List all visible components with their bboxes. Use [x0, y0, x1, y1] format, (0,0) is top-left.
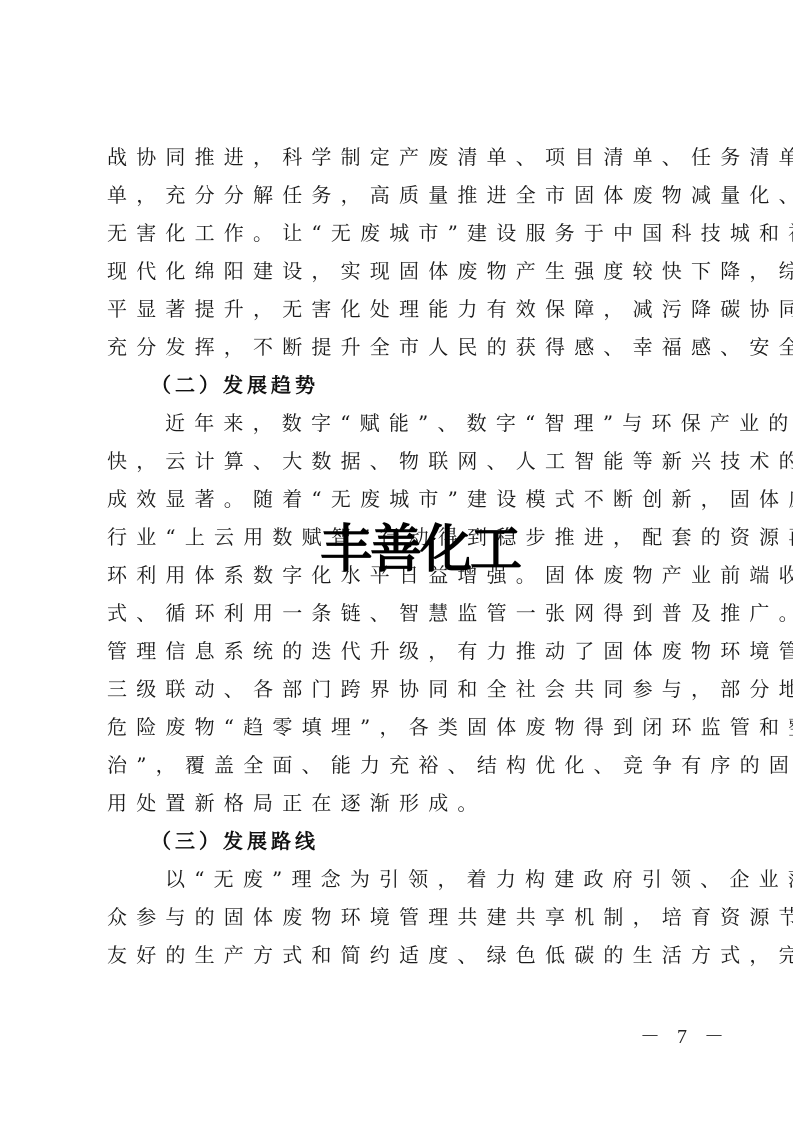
paragraph-2-line: 治”，覆盖全面、能力充裕、结构优化、竞争有序的固体废物利 — [107, 746, 695, 784]
paragraph-1-line: 现代化绵阳建设，实现固体废物产生强度较快下降，综合利用水 — [107, 252, 695, 290]
paragraph-1-line: 无害化工作。让“无废城市”建设服务于中国科技城和社会主义 — [107, 214, 695, 252]
paragraph-3-line: 众参与的固体废物环境管理共建共享机制，培育资源节约、环境 — [107, 898, 695, 936]
paragraph-2-line: 三级联动、各部门跨界协同和全社会共同参与，部分地区已实现 — [107, 670, 695, 708]
paragraph-2-line: 式、循环利用一条链、智慧监管一张网得到普及推广。固体废物 — [107, 594, 695, 632]
document-page: 战协同推进，科学制定产废清单、项目清单、任务清单和责任清 单，充分分解任务，高质… — [0, 0, 793, 1122]
paragraph-2-line: 快，云计算、大数据、物联网、人工智能等新兴技术的科技赋能 — [107, 442, 695, 480]
paragraph-2-line: 用处置新格局正在逐渐形成。 — [107, 784, 695, 822]
paragraph-1-line: 单，充分分解任务，高质量推进全市固体废物减量化、资源化和 — [107, 176, 695, 214]
section-heading-development-route: （三）发展路线 — [107, 822, 695, 860]
paragraph-2-line: 管理信息系统的迭代升级，有力推动了固体废物环境管理省市县 — [107, 632, 695, 670]
paragraph-1-line: 平显著提升，无害化处理能力有效保障，减污降碳协同增效作用 — [107, 290, 695, 328]
paragraph-3-line: 以“无废”理念为引领，着力构建政府引领、企业落实、公 — [107, 860, 695, 898]
section-heading-development-trend: （二）发展趋势 — [107, 366, 695, 404]
paragraph-2-line: 危险废物“趋零填埋”，各类固体废物得到闭环监管和整体“智 — [107, 708, 695, 746]
paragraph-1-line: 充分发挥，不断提升全市人民的获得感、幸福感、安全感。 — [107, 328, 695, 366]
page-number: － 7 － — [640, 1020, 730, 1049]
watermark-stamp: 丰善化工 — [320, 520, 520, 580]
paragraph-1-line: 战协同推进，科学制定产废清单、项目清单、任务清单和责任清 — [107, 138, 695, 176]
paragraph-2-line: 成效显著。随着“无废城市”建设模式不断创新，固体废物处理 — [107, 480, 695, 518]
paragraph-2-line: 近年来，数字“赋能”、数字“智理”与环保产业的融合加 — [107, 404, 695, 442]
paragraph-3-line: 友好的生产方式和简约适度、绿色低碳的生活方式，完善权责明 — [107, 936, 695, 974]
